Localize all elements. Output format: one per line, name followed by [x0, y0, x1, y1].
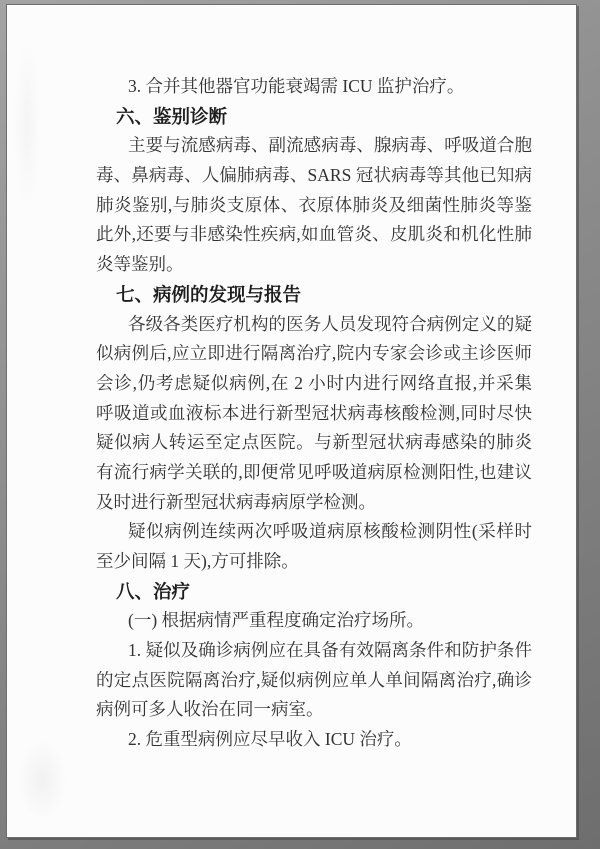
section-heading: 七、病例的发现与报告	[96, 280, 532, 310]
paragraph-line: 3. 合并其他器官功能衰竭需 ICU 监护治疗。	[96, 72, 532, 102]
paragraph-line: 主要与流感病毒、副流感病毒、腺病毒、呼吸道合胞病	[96, 131, 532, 161]
paragraph: 各级各类医疗机构的医务人员发现符合病例定义的疑似病例后,应立即进行隔离治疗,院内…	[96, 310, 532, 518]
paragraph: 1. 疑似及确诊病例应在具备有效隔离条件和防护条件的定点医院隔离治疗,疑似病例应…	[96, 636, 532, 725]
scanned-page: 3. 合并其他器官功能衰竭需 ICU 监护治疗。六、鉴别诊断主要与流感病毒、副流…	[6, 4, 577, 838]
paragraph-line: 毒、鼻病毒、人偏肺病毒、SARS 冠状病毒等其他已知病毒性	[96, 161, 532, 191]
paragraph-line: 疑似病人转运至定点医院。与新型冠状病毒感染的肺炎患者	[96, 428, 532, 458]
heading-text: 八、治疗	[96, 577, 532, 607]
paragraph-line: 1. 疑似及确诊病例应在具备有效隔离条件和防护条件	[96, 636, 532, 666]
paragraph-line: 肺炎鉴别,与肺炎支原体、衣原体肺炎及细菌性肺炎等鉴别。	[96, 191, 532, 221]
paragraph-line: 的定点医院隔离治疗,疑似病例应单人单间隔离治疗,确诊	[96, 666, 532, 696]
paragraph-line: 疑似病例连续两次呼吸道病原核酸检测阴性(采样时间	[96, 517, 532, 547]
section-heading: 八、治疗	[96, 577, 532, 607]
scan-background: { "document": { "kind": "scanned-officia…	[0, 0, 600, 849]
paragraph: 疑似病例连续两次呼吸道病原核酸检测阴性(采样时间至少间隔 1 天),方可排除。	[96, 517, 532, 576]
paragraph-line: 呼吸道或血液标本进行新型冠状病毒核酸检测,同时尽快将	[96, 399, 532, 429]
section-heading: 六、鉴别诊断	[96, 102, 532, 132]
paragraph: 2. 危重型病例应尽早收入 ICU 治疗。	[96, 725, 532, 755]
paragraph-line: 各级各类医疗机构的医务人员发现符合病例定义的疑	[96, 310, 532, 340]
paragraph-line: 此外,还要与非感染性疾病,如血管炎、皮肌炎和机化性肺	[96, 220, 532, 250]
document-content: 3. 合并其他器官功能衰竭需 ICU 监护治疗。六、鉴别诊断主要与流感病毒、副流…	[96, 72, 532, 755]
paragraph-line: 有流行病学关联的,即便常见呼吸道病原检测阳性,也建议	[96, 458, 532, 488]
paragraph-line: 及时进行新型冠状病毒病原学检测。	[96, 488, 532, 518]
paragraph: 3. 合并其他器官功能衰竭需 ICU 监护治疗。	[96, 72, 532, 102]
heading-text: 六、鉴别诊断	[96, 102, 532, 132]
paragraph-line: (一) 根据病情严重程度确定治疗场所。	[96, 606, 532, 636]
paragraph: (一) 根据病情严重程度确定治疗场所。	[96, 606, 532, 636]
paragraph-line: 病例可多人收治在同一病室。	[96, 695, 532, 725]
paragraph-line: 2. 危重型病例应尽早收入 ICU 治疗。	[96, 725, 532, 755]
paragraph-line: 似病例后,应立即进行隔离治疗,院内专家会诊或主诊医师	[96, 339, 532, 369]
paragraph-line: 会诊,仍考虑疑似病例,在 2 小时内进行网络直报,并采集	[96, 369, 532, 399]
paragraph-line: 炎等鉴别。	[96, 250, 532, 280]
paragraph-line: 至少间隔 1 天),方可排除。	[96, 547, 532, 577]
heading-text: 七、病例的发现与报告	[96, 280, 532, 310]
paragraph: 主要与流感病毒、副流感病毒、腺病毒、呼吸道合胞病毒、鼻病毒、人偏肺病毒、SARS…	[96, 131, 532, 279]
